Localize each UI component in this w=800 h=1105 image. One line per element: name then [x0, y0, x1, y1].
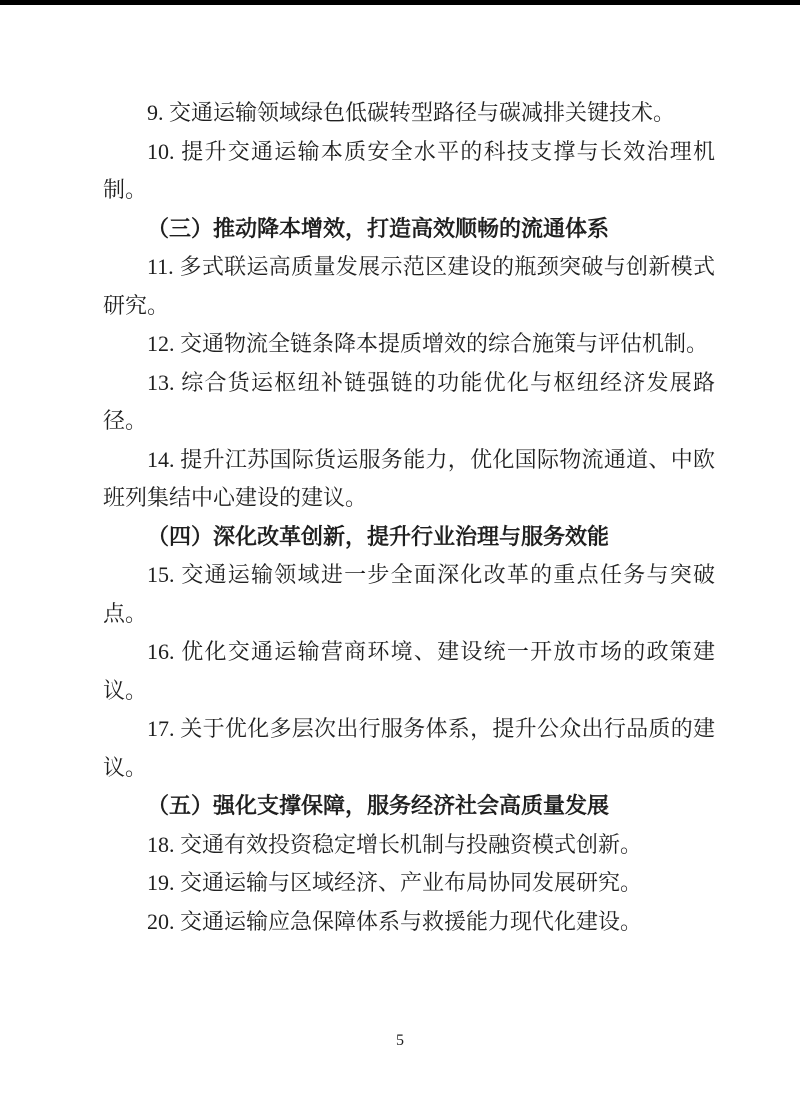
- list-item: 12. 交通物流全链条降本提质增效的综合施策与评估机制。: [103, 325, 715, 364]
- list-item: 11. 多式联运高质量发展示范区建设的瓶颈突破与创新模式研究。: [103, 248, 715, 325]
- page-footer: 5: [0, 1030, 800, 1052]
- page-number: 5: [396, 1032, 404, 1049]
- list-item: 9. 交通运输领域绿色低碳转型路径与碳减排关键技术。: [103, 94, 715, 133]
- section-heading: （三）推动降本增效，打造高效顺畅的流通体系: [103, 210, 715, 249]
- document-page: 9. 交通运输领域绿色低碳转型路径与碳减排关键技术。10. 提升交通运输本质安全…: [0, 0, 800, 1105]
- list-item: 18. 交通有效投资稳定增长机制与投融资模式创新。: [103, 826, 715, 865]
- list-item: 20. 交通运输应急保障体系与救援能力现代化建设。: [103, 903, 715, 942]
- list-item: 15. 交通运输领域进一步全面深化改革的重点任务与突破点。: [103, 556, 715, 633]
- section-heading: （四）深化改革创新，提升行业治理与服务效能: [103, 518, 715, 557]
- page-top-edge: [0, 0, 800, 5]
- list-item: 14. 提升江苏国际货运服务能力，优化国际物流通道、中欧班列集结中心建设的建议。: [103, 441, 715, 518]
- list-item: 16. 优化交通运输营商环境、建设统一开放市场的政策建议。: [103, 633, 715, 710]
- section-heading: （五）强化支撑保障，服务经济社会高质量发展: [103, 787, 715, 826]
- list-item: 10. 提升交通运输本质安全水平的科技支撑与长效治理机制。: [103, 133, 715, 210]
- document-body: 9. 交通运输领域绿色低碳转型路径与碳减排关键技术。10. 提升交通运输本质安全…: [103, 94, 715, 941]
- list-item: 17. 关于优化多层次出行服务体系，提升公众出行品质的建议。: [103, 710, 715, 787]
- list-item: 19. 交通运输与区域经济、产业布局协同发展研究。: [103, 864, 715, 903]
- list-item: 13. 综合货运枢纽补链强链的功能优化与枢纽经济发展路径。: [103, 364, 715, 441]
